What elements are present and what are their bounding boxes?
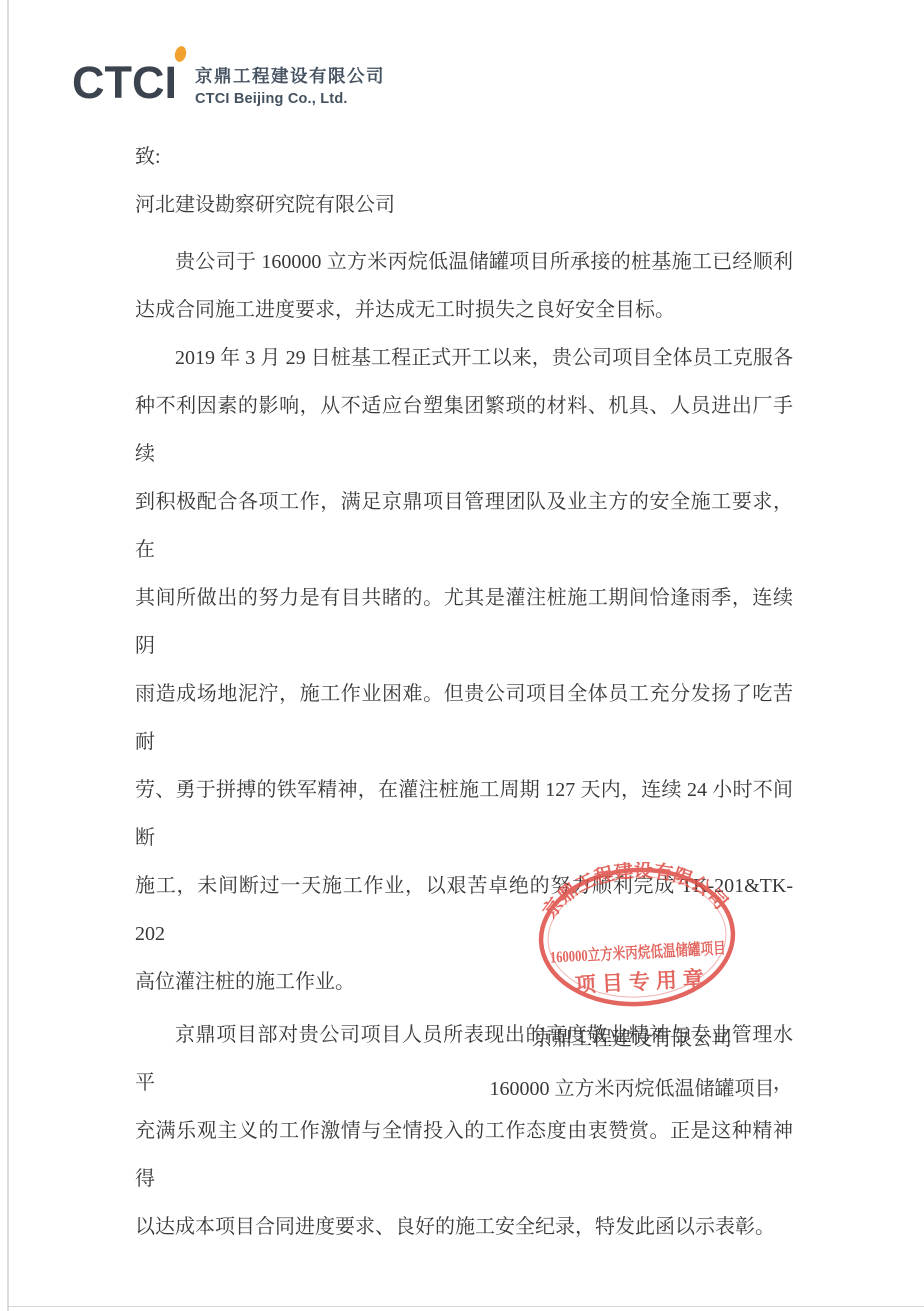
recipient-name: 河北建设勘察研究院有限公司 xyxy=(135,181,793,229)
letter-line: 达成合同施工进度要求，并达成无工时损失之良好安全目标。 xyxy=(135,286,793,334)
stamp-project-line: 160000立方米丙烷低温储罐项目 xyxy=(549,938,726,966)
ctci-wordmark: CTCI xyxy=(72,57,177,108)
company-logo: CTCI 京鼎工程建设有限公司 CTCI Beijing Co., Ltd. xyxy=(72,44,385,107)
project-stamp-svg: 京鼎工程建设有限公司 160000立方米丙烷低温储罐项目 项目专用章 xyxy=(532,862,742,1012)
logo-company-names: 京鼎工程建设有限公司 CTCI Beijing Co., Ltd. xyxy=(195,44,385,107)
signature-block: 京鼎工程建设有限公司 160000 立方米丙烷低温储罐项目 xyxy=(462,1014,802,1114)
letter-line: 充满乐观主义的工作激情与全情投入的工作态度由衷赞赏。正是这种精神得 xyxy=(135,1107,793,1203)
scan-edge-bottom xyxy=(7,1306,924,1307)
letter-line: 2019 年 3 月 29 日桩基工程正式开工以来，贵公司项目全体员工克服各 xyxy=(135,334,793,382)
logo-company-name-en: CTCI Beijing Co., Ltd. xyxy=(195,91,385,107)
letter-line: 劳、勇于拼搏的铁军精神，在灌注桩施工周期 127 天内，连续 24 小时不间断 xyxy=(135,766,793,862)
letter-line: 到积极配合各项工作，满足京鼎项目管理团队及业主方的安全施工要求，在 xyxy=(135,478,793,574)
letter-line: 种不利因素的影响，从不适应台塑集团繁琐的材料、机具、人员进出厂手续 xyxy=(135,382,793,478)
project-stamp: 京鼎工程建设有限公司 160000立方米丙烷低温储罐项目 项目专用章 xyxy=(532,862,742,1012)
paragraph-1: 贵公司于 160000 立方米丙烷低温储罐项目所承接的桩基施工已经顺利 达成合同… xyxy=(135,238,793,334)
signature-project: 160000 立方米丙烷低温储罐项目 xyxy=(462,1064,802,1114)
letter-line: 以达成本项目合同进度要求、良好的施工安全纪录，特发此函以示表彰。 xyxy=(135,1203,793,1251)
letter-line: 其间所做出的努力是有目共睹的。尤其是灌注桩施工期间恰逢雨季，连续阴 xyxy=(135,574,793,670)
ctci-wordmark-wrap: CTCI xyxy=(72,44,177,103)
scanned-letter-page: CTCI 京鼎工程建设有限公司 CTCI Beijing Co., Ltd. 致… xyxy=(0,0,924,1311)
orange-dot-icon xyxy=(173,45,188,63)
letter-line: 雨造成场地泥泞，施工作业困难。但贵公司项目全体员工充分发扬了吃苦耐 xyxy=(135,670,793,766)
scan-edge-left xyxy=(7,0,9,1311)
signature-company: 京鼎工程建设有限公司 xyxy=(462,1014,802,1064)
salutation: 致: xyxy=(135,133,793,181)
stamp-arc-text: 京鼎工程建设有限公司 xyxy=(536,862,733,923)
stamp-arc-textpath: 京鼎工程建设有限公司 xyxy=(536,862,733,923)
letter-line: 贵公司于 160000 立方米丙烷低温储罐项目所承接的桩基施工已经顺利 xyxy=(135,238,793,286)
logo-company-name-cn: 京鼎工程建设有限公司 xyxy=(195,63,385,88)
